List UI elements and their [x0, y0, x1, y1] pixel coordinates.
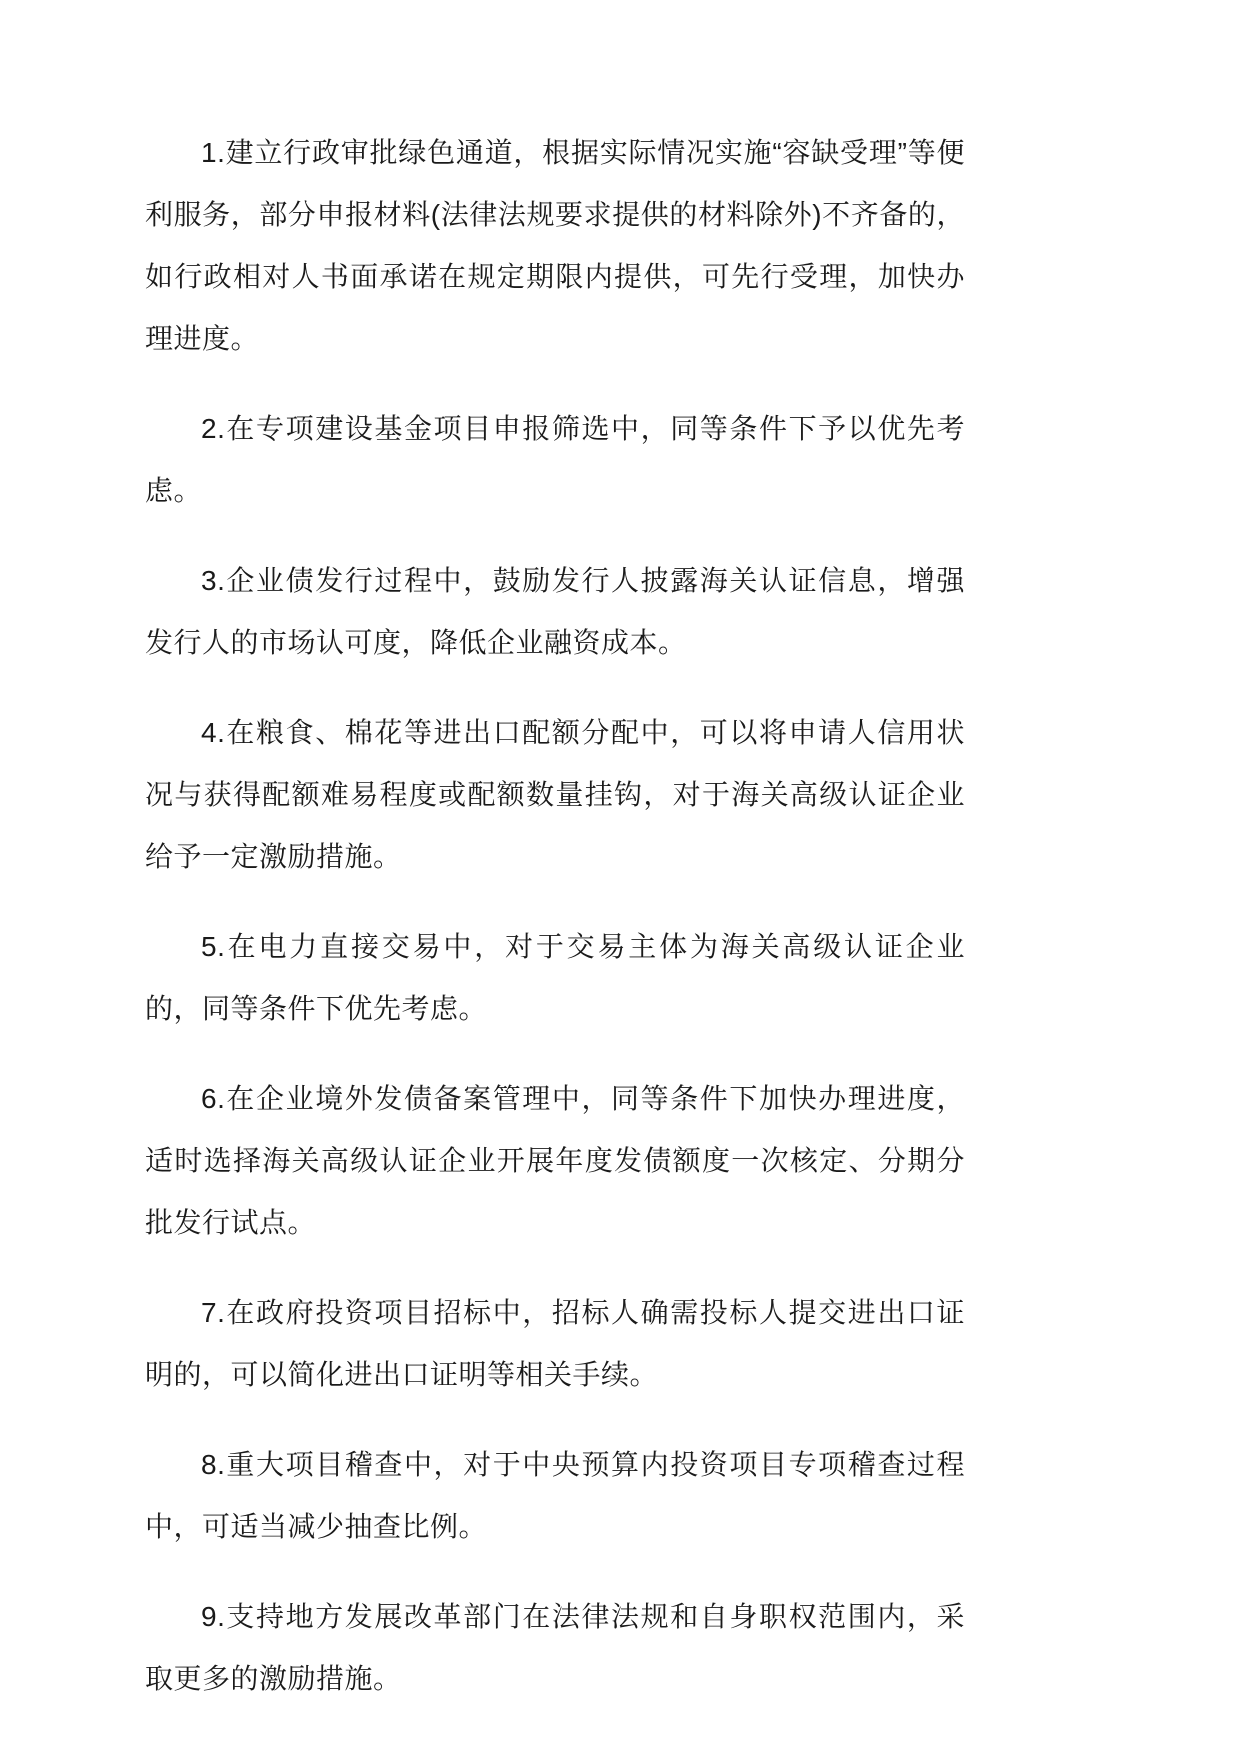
paragraph-8: 8.重大项目稽查中，对于中央预算内投资项目专项稽查过程中，可适当减少抽查比例。 [145, 1434, 965, 1558]
paragraph-5: 5.在电力直接交易中，对于交易主体为海关高级认证企业的，同等条件下优先考虑。 [145, 916, 965, 1040]
paragraph-3: 3.企业债发行过程中，鼓励发行人披露海关认证信息，增强发行人的市场认可度，降低企… [145, 550, 965, 674]
paragraph-2: 2.在专项建设基金项目申报筛选中，同等条件下予以优先考虑。 [145, 398, 965, 522]
document-page: 1.建立行政审批绿色通道，根据实际情况实施“容缺受理”等便利服务，部分申报材料(… [0, 0, 1241, 1754]
paragraph-7: 7.在政府投资项目招标中，招标人确需投标人提交进出口证明的，可以简化进出口证明等… [145, 1282, 965, 1406]
paragraph-4: 4.在粮食、棉花等进出口配额分配中，可以将申请人信用状况与获得配额难易程度或配额… [145, 702, 965, 888]
paragraph-6: 6.在企业境外发债备案管理中，同等条件下加快办理进度，适时选择海关高级认证企业开… [145, 1068, 965, 1254]
paragraph-1: 1.建立行政审批绿色通道，根据实际情况实施“容缺受理”等便利服务，部分申报材料(… [145, 122, 965, 370]
paragraph-9: 9.支持地方发展改革部门在法律法规和自身职权范围内，采取更多的激励措施。 [145, 1586, 965, 1710]
